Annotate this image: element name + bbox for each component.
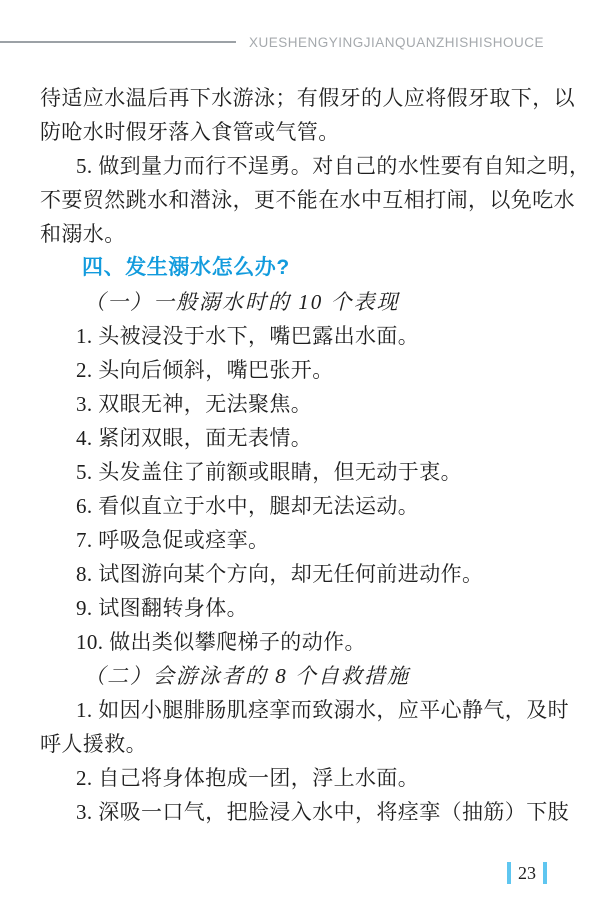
text-line: 2. 头向后倾斜，嘴巴张开。 xyxy=(40,353,576,387)
book-page: XUESHENGYINGJIANQUANZHISHISHOUCE 待适应水温后再… xyxy=(0,0,616,910)
text-line: 3. 双眼无神，无法聚焦。 xyxy=(40,387,576,421)
text-line: 5. 做到量力而行不逞勇。对自己的水性要有自知之明， xyxy=(40,149,576,183)
text-line: 10. 做出类似攀爬梯子的动作。 xyxy=(40,625,576,659)
section-heading: 四、发生溺水怎么办? xyxy=(40,251,576,285)
page-header: XUESHENGYINGJIANQUANZHISHISHOUCE xyxy=(0,35,544,49)
folio-bar-right xyxy=(543,862,547,884)
text-line: 5. 头发盖住了前额或眼睛，但无动于衷。 xyxy=(40,455,576,489)
text-line: 3. 深吸一口气，把脸浸入水中，将痉挛（抽筋）下肢 xyxy=(40,795,576,829)
text-line: 7. 呼吸急促或痉挛。 xyxy=(40,523,576,557)
page-body: 待适应水温后再下水游泳；有假牙的人应将假牙取下，以防呛水时假牙落入食管或气管。5… xyxy=(40,81,576,829)
text-line: 9. 试图翻转身体。 xyxy=(40,591,576,625)
page-number: 23 xyxy=(518,862,536,884)
subsection-heading: （二）会游泳者的 8 个自救措施 xyxy=(40,659,576,693)
running-head-title: XUESHENGYINGJIANQUANZHISHISHOUCE xyxy=(249,35,544,50)
text-line: 1. 如因小腿腓肠肌痉挛而致溺水，应平心静气，及时 xyxy=(40,693,576,727)
folio-bar-left xyxy=(507,862,511,884)
text-line: 不要贸然跳水和潜泳，更不能在水中互相打闹，以免吃水 xyxy=(40,183,576,217)
header-rule xyxy=(0,41,236,43)
text-line: 防呛水时假牙落入食管或气管。 xyxy=(40,115,576,149)
page-footer: 23 xyxy=(507,862,547,884)
text-line: 6. 看似直立于水中，腿却无法运动。 xyxy=(40,489,576,523)
text-line: 待适应水温后再下水游泳；有假牙的人应将假牙取下，以 xyxy=(40,81,576,115)
text-line: 和溺水。 xyxy=(40,217,576,251)
text-line: 1. 头被浸没于水下，嘴巴露出水面。 xyxy=(40,319,576,353)
text-line: 2. 自己将身体抱成一团，浮上水面。 xyxy=(40,761,576,795)
text-line: 8. 试图游向某个方向，却无任何前进动作。 xyxy=(40,557,576,591)
text-line: 4. 紧闭双眼，面无表情。 xyxy=(40,421,576,455)
subsection-heading: （一）一般溺水时的 10 个表现 xyxy=(40,285,576,319)
text-line: 呼人援救。 xyxy=(40,727,576,761)
